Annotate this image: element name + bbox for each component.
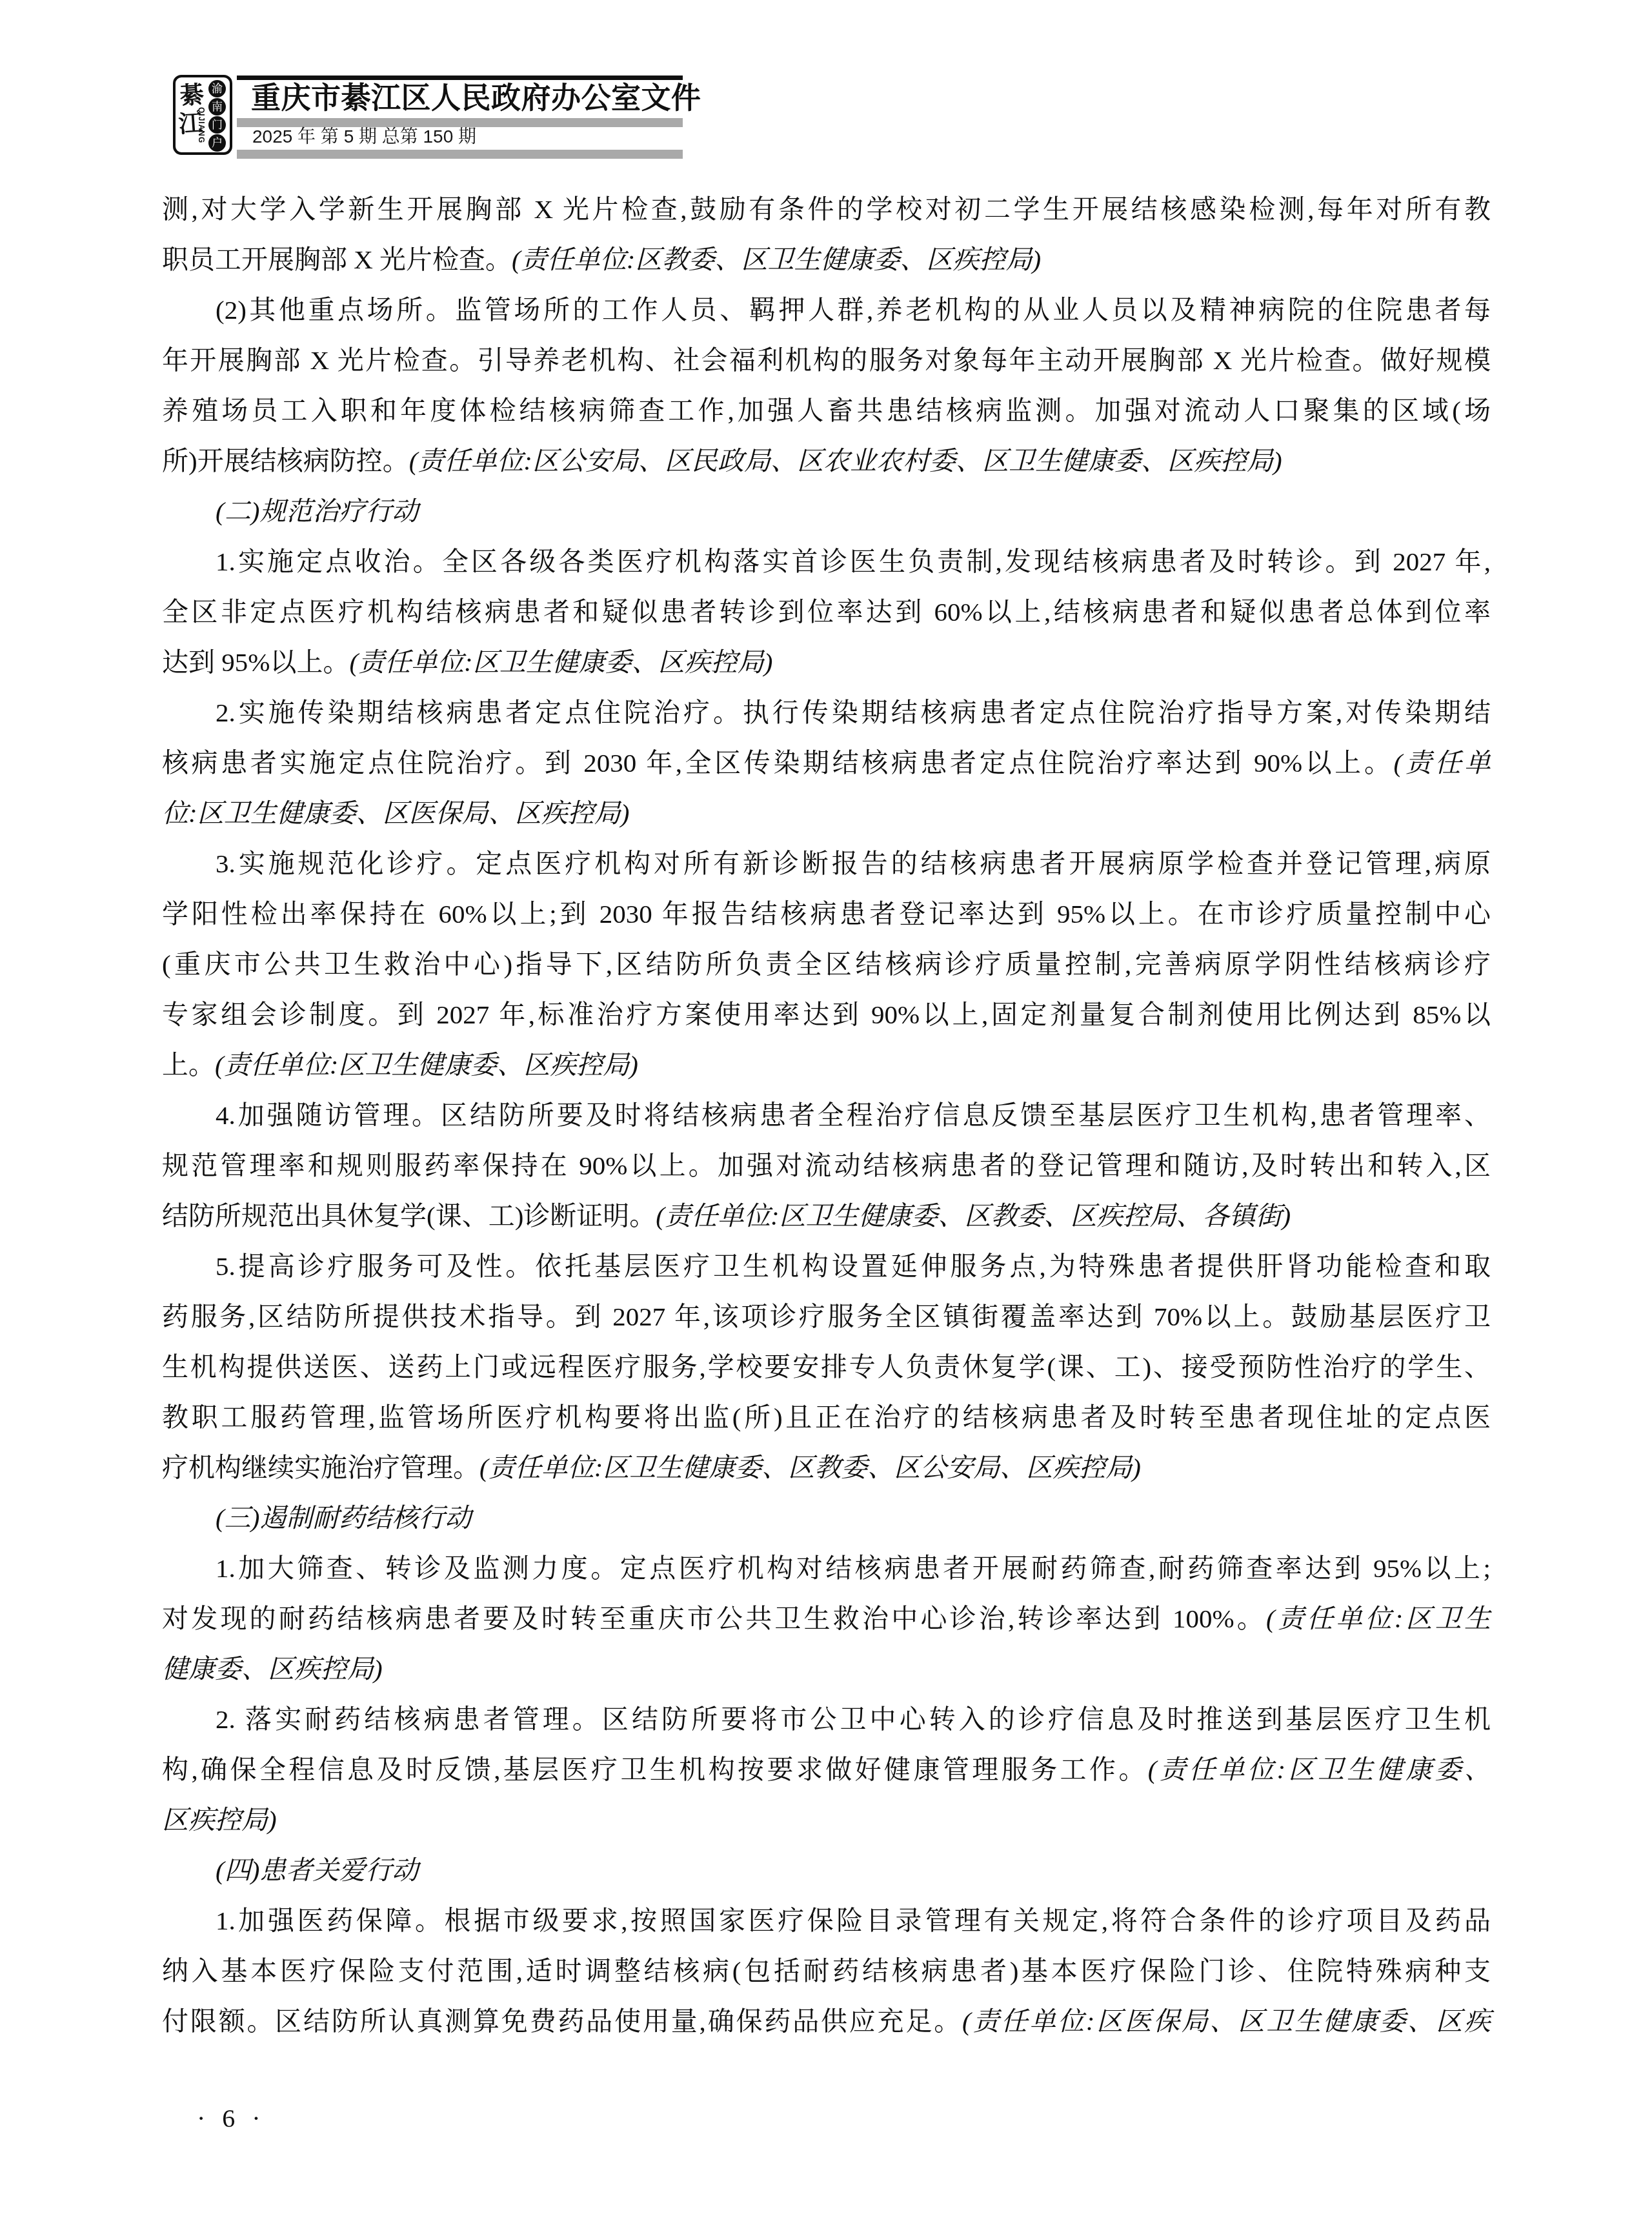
masthead-gray-rule-top <box>237 118 683 127</box>
text-segment: 所)开展结核病防控。 <box>162 446 409 476</box>
text-line: 年开展胸部 X 光片检查。引导养老机构、社会福利机构的服务对象每年主动开展胸部 … <box>162 335 1491 385</box>
responsibility-note: (责任单位:区卫生健康委、区疾控局) <box>215 1050 638 1080</box>
text-segment: 核病患者实施定点住院治疗。到 2030 年,全区传染期结核病患者定点住院治疗率达… <box>162 748 1394 778</box>
text-segment: (重庆市公共卫生救治中心)指导下,区结防所负责全区结核病诊疗质量控制,完善病原学… <box>162 949 1491 979</box>
text-segment: 对发现的耐药结核病患者要及时转至重庆市公共卫生救治中心诊治,转诊率达到 100%… <box>162 1604 1266 1633</box>
text-segment: 生机构提供送医、送药上门或远程医疗服务,学校要安排专人负责休复学(课、工)、接受… <box>162 1352 1491 1382</box>
text-line: 构,确保全程信息及时反馈,基层医疗卫生机构按要求做好健康管理服务工作。(责任单位… <box>162 1744 1491 1795</box>
text-line: 健康委、区疾控局) <box>162 1644 1491 1694</box>
text-segment: 2.实施传染期结核病患者定点住院治疗。执行传染期结核病患者定点住院治疗指导方案,… <box>216 698 1491 727</box>
text-line: (2)其他重点场所。监管场所的工作人员、羁押人群,养老机构的从业人员以及精神病院… <box>162 285 1491 335</box>
agency-logo: 綦江 QIJIANG 渝南门户 <box>173 75 232 155</box>
text-segment: 付限额。区结防所认真测算免费药品使用量,确保药品供应充足。 <box>162 2006 962 2036</box>
text-segment: 年开展胸部 X 光片检查。引导养老机构、社会福利机构的服务对象每年主动开展胸部 … <box>162 345 1491 375</box>
text-segment: 疗机构继续实施治疗管理。 <box>162 1453 479 1482</box>
text-line: (二)规范治疗行动 <box>162 486 1491 536</box>
text-line: 4.加强随访管理。区结防所要及时将结核病患者全程治疗信息反馈至基层医疗卫生机构,… <box>162 1090 1491 1140</box>
text-line: 2.实施传染期结核病患者定点住院治疗。执行传染期结核病患者定点住院治疗指导方案,… <box>162 687 1491 738</box>
logo-motto-column: 渝南门户 <box>208 80 227 152</box>
logo-motto-circle: 渝 <box>208 80 226 97</box>
text-segment: 5.提高诊疗服务可及性。依托基层医疗卫生机构设置延伸服务点,为特殊患者提供肝肾功… <box>216 1251 1491 1281</box>
logo-motto-circle: 户 <box>208 134 226 152</box>
text-segment: 1.实施定点收治。全区各级各类医疗机构落实首诊医生负责制,发现结核病患者及时转诊… <box>216 547 1491 576</box>
responsibility-note: 健康委、区疾控局) <box>162 1654 383 1684</box>
text-line: 职员工开展胸部 X 光片检查。(责任单位:区教委、区卫生健康委、区疾控局) <box>162 234 1491 285</box>
issue-line: 2025 年 第 5 期 总第 150 期 <box>252 127 476 147</box>
responsibility-note: (三)遏制耐药结核行动 <box>216 1503 471 1533</box>
text-segment: 达到 95%以上。 <box>162 647 349 677</box>
text-segment: 规范管理率和规则服药率保持在 90%以上。加强对流动结核病患者的登记管理和随访,… <box>162 1151 1491 1180</box>
text-line: 达到 95%以上。(责任单位:区卫生健康委、区疾控局) <box>162 637 1491 687</box>
text-segment: 测,对大学入学新生开展胸部 X 光片检查,鼓励有条件的学校对初二学生开展结核感染… <box>162 194 1491 224</box>
responsibility-note: (责任单位:区公安局、区民政局、区农业农村委、区卫生健康委、区疾控局) <box>409 446 1282 476</box>
text-line: 疗机构继续实施治疗管理。(责任单位:区卫生健康委、区教委、区公安局、区疾控局) <box>162 1442 1491 1493</box>
text-line: 5.提高诊疗服务可及性。依托基层医疗卫生机构设置延伸服务点,为特殊患者提供肝肾功… <box>162 1241 1491 1291</box>
text-segment: 构,确保全程信息及时反馈,基层医疗卫生机构按要求做好健康管理服务工作。 <box>162 1755 1148 1784</box>
text-line: 1.加强医药保障。根据市级要求,按照国家医疗保险目录管理有关规定,将符合条件的诊… <box>162 1895 1491 1946</box>
responsibility-note: (二)规范治疗行动 <box>216 496 418 526</box>
responsibility-note: (四)患者关爱行动 <box>216 1855 418 1885</box>
text-line: 付限额。区结防所认真测算免费药品使用量,确保药品供应充足。(责任单位:区医保局、… <box>162 1996 1491 2046</box>
text-line: 教职工服药管理,监管场所医疗机构要将出监(所)且正在治疗的结核病患者及时转至患者… <box>162 1392 1491 1442</box>
responsibility-note: 区疾控局) <box>162 1805 277 1835</box>
text-segment: 1.加大筛查、转诊及监测力度。定点医疗机构对结核病患者开展耐药筛查,耐药筛查率达… <box>216 1553 1491 1583</box>
text-line: (三)遏制耐药结核行动 <box>162 1493 1491 1543</box>
responsibility-note: (责任单位:区卫生 <box>1266 1604 1491 1633</box>
text-line: 学阳性检出率保持在 60%以上;到 2030 年报告结核病患者登记率达到 95%… <box>162 889 1491 939</box>
responsibility-note: (责任单位:区医保局、区卫生健康委、区疾 <box>962 2006 1491 2036</box>
document-body: 测,对大学入学新生开展胸部 X 光片检查,鼓励有条件的学校对初二学生开展结核感染… <box>162 184 1491 2046</box>
responsibility-note: (责任单位:区卫生健康委、区教委、区公安局、区疾控局) <box>479 1453 1141 1482</box>
text-line: 所)开展结核病防控。(责任单位:区公安局、区民政局、区农业农村委、区卫生健康委、… <box>162 436 1491 486</box>
text-line: 核病患者实施定点住院治疗。到 2030 年,全区传染期结核病患者定点住院治疗率达… <box>162 738 1491 788</box>
text-line: 对发现的耐药结核病患者要及时转至重庆市公共卫生救治中心诊治,转诊率达到 100%… <box>162 1593 1491 1644</box>
text-line: 规范管理率和规则服药率保持在 90%以上。加强对流动结核病患者的登记管理和随访,… <box>162 1140 1491 1191</box>
text-segment: 4.加强随访管理。区结防所要及时将结核病患者全程治疗信息反馈至基层医疗卫生机构,… <box>216 1100 1491 1130</box>
text-segment: 专家组会诊制度。到 2027 年,标准治疗方案使用率达到 90%以上,固定剂量复… <box>162 1000 1491 1029</box>
text-line: 1.实施定点收治。全区各级各类医疗机构落实首诊医生负责制,发现结核病患者及时转诊… <box>162 536 1491 587</box>
text-segment: 全区非定点医疗机构结核病患者和疑似患者转诊到位率达到 60%以上,结核病患者和疑… <box>162 597 1491 627</box>
text-line: 全区非定点医疗机构结核病患者和疑似患者转诊到位率达到 60%以上,结核病患者和疑… <box>162 587 1491 637</box>
text-segment: 纳入基本医疗保险支付范围,适时调整结核病(包括耐药结核病患者)基本医疗保险门诊、… <box>162 1956 1491 1986</box>
document-page: 綦江 QIJIANG 渝南门户 重庆市綦江区人民政府办公室文件 2025 年 第… <box>0 0 1652 2227</box>
text-line: 2. 落实耐药结核病患者管理。区结防所要将市公卫中心转入的诊疗信息及时推送到基层… <box>162 1694 1491 1744</box>
logo-motto-circle: 门 <box>208 116 226 134</box>
text-segment: 上。 <box>162 1050 215 1080</box>
text-segment: 结防所规范出具休复学(课、工)诊断证明。 <box>162 1201 656 1231</box>
page-number: · 6 · <box>197 2103 266 2134</box>
masthead-top-rule <box>237 76 683 80</box>
text-line: 3.实施规范化诊疗。定点医疗机构对所有新诊断报告的结核病患者开展病原学检查并登记… <box>162 838 1491 889</box>
text-line: 1.加大筛查、转诊及监测力度。定点医疗机构对结核病患者开展耐药筛查,耐药筛查率达… <box>162 1543 1491 1593</box>
text-line: 专家组会诊制度。到 2027 年,标准治疗方案使用率达到 90%以上,固定剂量复… <box>162 989 1491 1040</box>
text-line: 生机构提供送医、送药上门或远程医疗服务,学校要安排专人负责休复学(课、工)、接受… <box>162 1342 1491 1392</box>
masthead-gray-rule-bottom <box>237 150 683 159</box>
logo-romanized-text: QIJIANG <box>197 107 206 154</box>
text-line: 测,对大学入学新生开展胸部 X 光片检查,鼓励有条件的学校对初二学生开展结核感染… <box>162 184 1491 234</box>
text-segment: 职员工开展胸部 X 光片检查。 <box>162 245 512 274</box>
text-line: (重庆市公共卫生救治中心)指导下,区结防所负责全区结核病诊疗质量控制,完善病原学… <box>162 939 1491 989</box>
text-line: 养殖场员工入职和年度体检结核病筛查工作,加强人畜共患结核病监测。加强对流动人口聚… <box>162 385 1491 436</box>
logo-name-char: 綦 <box>179 83 205 108</box>
responsibility-note: (责任单位:区卫生健康委、 <box>1148 1755 1491 1784</box>
masthead-title: 重庆市綦江区人民政府办公室文件 <box>251 82 703 115</box>
text-line: 区疾控局) <box>162 1795 1491 1845</box>
logo-motto-circle: 南 <box>208 98 226 116</box>
text-line: 结防所规范出具休复学(课、工)诊断证明。(责任单位:区卫生健康委、区教委、区疾控… <box>162 1191 1491 1241</box>
responsibility-note: (责任单位:区卫生健康委、区教委、区疾控局、各镇街) <box>656 1201 1291 1231</box>
text-segment: 3.实施规范化诊疗。定点医疗机构对所有新诊断报告的结核病患者开展病原学检查并登记… <box>216 849 1491 878</box>
text-segment: (2)其他重点场所。监管场所的工作人员、羁押人群,养老机构的从业人员以及精神病院… <box>216 295 1491 325</box>
text-line: 纳入基本医疗保险支付范围,适时调整结核病(包括耐药结核病患者)基本医疗保险门诊、… <box>162 1946 1491 1996</box>
text-segment: 养殖场员工入职和年度体检结核病筛查工作,加强人畜共患结核病监测。加强对流动人口聚… <box>162 396 1491 425</box>
responsibility-note: 位:区卫生健康委、区医保局、区疾控局) <box>162 798 629 828</box>
text-segment: 教职工服药管理,监管场所医疗机构要将出监(所)且正在治疗的结核病患者及时转至患者… <box>162 1402 1491 1432</box>
text-line: (四)患者关爱行动 <box>162 1845 1491 1895</box>
text-line: 位:区卫生健康委、区医保局、区疾控局) <box>162 788 1491 838</box>
text-line: 上。(责任单位:区卫生健康委、区疾控局) <box>162 1040 1491 1090</box>
text-segment: 1.加强医药保障。根据市级要求,按照国家医疗保险目录管理有关规定,将符合条件的诊… <box>216 1906 1491 1935</box>
responsibility-note: (责任单位:区卫生健康委、区疾控局) <box>349 647 772 677</box>
text-segment: 药服务,区结防所提供技术指导。到 2027 年,该项诊疗服务全区镇街覆盖率达到 … <box>162 1302 1491 1331</box>
responsibility-note: (责任单 <box>1394 748 1491 778</box>
text-segment: 学阳性检出率保持在 60%以上;到 2030 年报告结核病患者登记率达到 95%… <box>162 899 1491 929</box>
text-segment: 2. 落实耐药结核病患者管理。区结防所要将市公卫中心转入的诊疗信息及时推送到基层… <box>216 1704 1491 1734</box>
responsibility-note: (责任单位:区教委、区卫生健康委、区疾控局) <box>512 245 1041 274</box>
text-line: 药服务,区结防所提供技术指导。到 2027 年,该项诊疗服务全区镇街覆盖率达到 … <box>162 1291 1491 1342</box>
